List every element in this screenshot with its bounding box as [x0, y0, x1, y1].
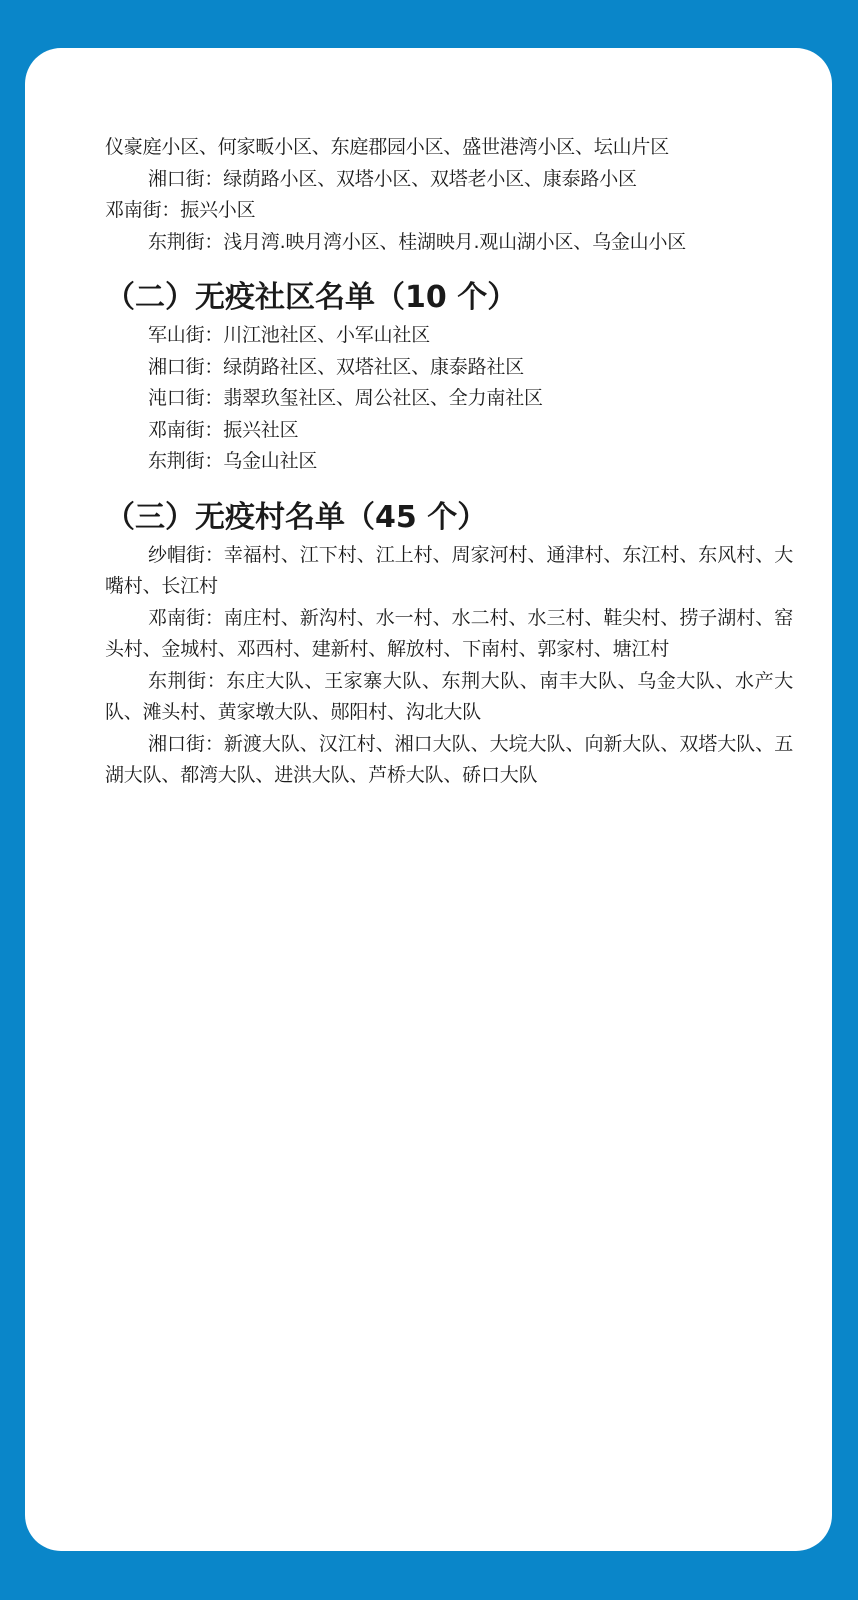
section-villages: （三）无疫村名单（45 个） 纱帽街：幸福村、江下村、江上村、周家河村、通津村、… [105, 498, 805, 792]
paragraph: 湘口街：新渡大队、汉江村、湘口大队、大垸大队、向新大队、双塔大队、五湖大队、都湾… [105, 729, 793, 792]
section-heading: （二）无疫社区名单（10 个） [105, 278, 805, 318]
paragraph: 纱帽街：幸福村、江下村、江上村、周家河村、通津村、东江村、东风村、大嘴村、长江村 [105, 540, 793, 603]
text-line: 东荆街：浅月湾.映月湾小区、桂湖映月.观山湖小区、乌金山小区 [105, 227, 805, 259]
list-item: 沌口街：翡翠玖玺社区、周公社区、全力南社区 [105, 383, 805, 415]
content-card: 仪豪庭小区、何家畈小区、东庭郡园小区、盛世港湾小区、坛山片区 湘口街：绿荫路小区… [25, 48, 832, 1551]
section-communities: （二）无疫社区名单（10 个） 军山街：川江池社区、小军山社区 湘口街：绿荫路社… [105, 278, 805, 478]
text-line: 湘口街：绿荫路小区、双塔小区、双塔老小区、康泰路小区 [105, 164, 805, 196]
top-section: 仪豪庭小区、何家畈小区、东庭郡园小区、盛世港湾小区、坛山片区 湘口街：绿荫路小区… [105, 132, 805, 258]
paragraph: 东荆街：东庄大队、王家寨大队、东荆大队、南丰大队、乌金大队、水产大队、滩头村、黄… [105, 666, 793, 729]
document-body: 仪豪庭小区、何家畈小区、东庭郡园小区、盛世港湾小区、坛山片区 湘口街：绿荫路小区… [105, 132, 805, 792]
list-item: 湘口街：绿荫路社区、双塔社区、康泰路社区 [105, 352, 805, 384]
text-line: 仪豪庭小区、何家畈小区、东庭郡园小区、盛世港湾小区、坛山片区 [105, 132, 805, 164]
list-item: 军山街：川江池社区、小军山社区 [105, 320, 805, 352]
paragraph: 邓南街：南庄村、新沟村、水一村、水二村、水三村、鞋尖村、捞子湖村、窑头村、金城村… [105, 603, 793, 666]
section-heading: （三）无疫村名单（45 个） [105, 498, 805, 538]
text-line: 邓南街：振兴小区 [105, 195, 805, 227]
list-item: 东荆街：乌金山社区 [105, 446, 805, 478]
list-item: 邓南街：振兴社区 [105, 415, 805, 447]
